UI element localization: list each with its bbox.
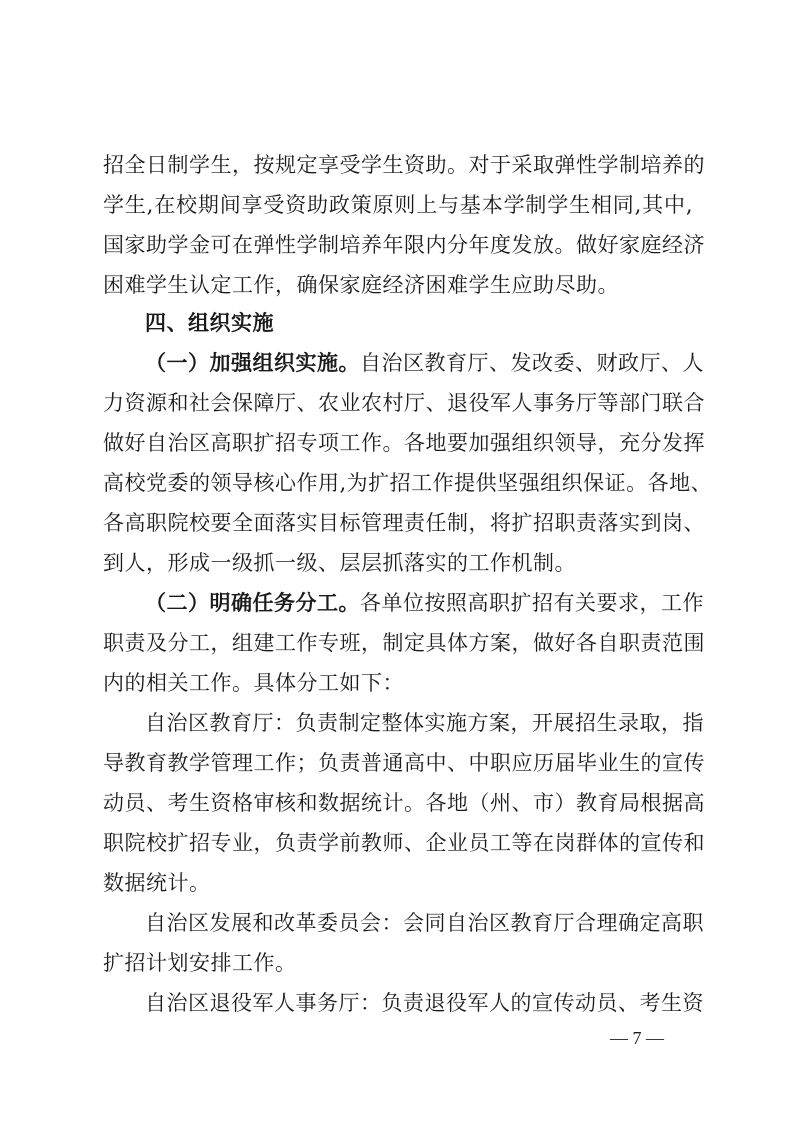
document-page: 招全日制学生，按规定享受学生资助。对于采取弹性学制培养的 学生,在校期间享受资助…	[0, 0, 793, 1122]
paragraph-lead: （二）明确任务分工。	[145, 591, 360, 615]
text-line: 自治区退役军人事务厅：负责退役军人的宣传动员、考生资	[145, 988, 693, 1018]
text-line: 困难学生认定工作，确保家庭经济困难学生应助尽助。	[103, 270, 693, 300]
paragraph-lead: （一）加强组织实施。	[145, 351, 360, 375]
text-line: 国家助学金可在弹性学制培养年限内分年度发放。做好家庭经济	[103, 230, 693, 260]
text-line: 力资源和社会保障厅、农业农村厅、退役军人事务厅等部门联合	[103, 388, 693, 418]
section-heading: 四、组织实施	[145, 308, 693, 338]
paragraph-first-line: （二）明确任务分工。各单位按照高职扩招有关要求，工作	[145, 588, 693, 618]
page-number: — 7 —	[610, 1026, 664, 1050]
text-line: 学生,在校期间享受资助政策原则上与基本学制学生相同,其中,	[103, 190, 693, 220]
paragraph-text: 自治区教育厅、发改委、财政厅、人	[360, 351, 704, 375]
text-line: 到人，形成一级抓一级、层层抓落实的工作机制。	[103, 548, 693, 578]
text-line: 职院校扩招专业，负责学前教师、企业员工等在岗群体的宣传和	[103, 828, 693, 858]
paragraph-text: 各单位按照高职扩招有关要求，工作	[360, 591, 704, 615]
text-line: 扩招计划安排工作。	[103, 948, 693, 978]
text-line: 做好自治区高职扩招专项工作。各地要加强组织领导，充分发挥	[103, 428, 693, 458]
text-line: 各高职院校要全面落实目标管理责任制，将扩招职责落实到岗、	[103, 508, 693, 538]
paragraph-first-line: （一）加强组织实施。自治区教育厅、发改委、财政厅、人	[145, 348, 693, 378]
text-line: 招全日制学生，按规定享受学生资助。对于采取弹性学制培养的	[103, 150, 693, 180]
text-line: 职责及分工，组建工作专班，制定具体方案，做好各自职责范围	[103, 628, 693, 658]
text-line: 内的相关工作。具体分工如下：	[103, 668, 693, 698]
text-line: 数据统计。	[103, 868, 693, 898]
text-line: 自治区教育厅：负责制定整体实施方案，开展招生录取，指	[145, 708, 693, 738]
text-line: 动员、考生资格审核和数据统计。各地（州、市）教育局根据高	[103, 788, 693, 818]
text-line: 自治区发展和改革委员会：会同自治区教育厅合理确定高职	[145, 908, 693, 938]
text-line: 高校党委的领导核心作用,为扩招工作提供坚强组织保证。各地、	[103, 468, 693, 498]
text-line: 导教育教学管理工作；负责普通高中、中职应历届毕业生的宣传	[103, 748, 693, 778]
